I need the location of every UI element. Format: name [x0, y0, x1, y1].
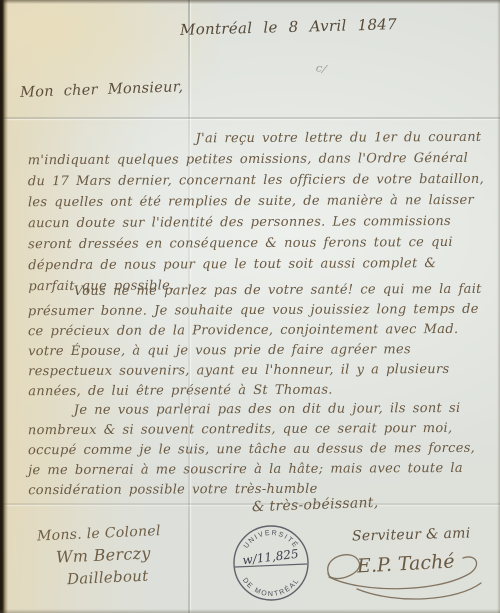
- fold-line-horizontal-lower: [0, 503, 500, 505]
- scan-edge-bottom: [0, 609, 500, 613]
- library-stamp-icon: UNIVERSITÉ DE MONTRÉAL w/11,825: [229, 521, 313, 605]
- signature-name: E.P. Taché: [356, 550, 455, 577]
- valediction-obeissant: & très-obéissant,: [252, 495, 379, 515]
- dateline: Montréal le 8 Avril 1847: [180, 15, 397, 39]
- paragraph-1: J'ai reçu votre lettre du 1er du courant…: [28, 127, 489, 297]
- fold-line-horizontal-upper: [0, 117, 500, 119]
- valediction-serviteur: Serviteur & ami: [352, 525, 471, 544]
- addressee-place: Daillebout: [27, 564, 164, 592]
- scan-edge-left: [0, 0, 8, 613]
- signature-block: E.P. Taché: [315, 545, 495, 603]
- letter-scan: Montréal le 8 Avril 1847 c/ Mon cher Mon…: [0, 0, 500, 613]
- pencil-annotation: c/: [315, 61, 328, 76]
- signature-flourish-icon: [315, 545, 495, 603]
- stamp-bottom-text: DE MONTRÉAL: [241, 577, 301, 598]
- addressee-block: Mons. le Colonel Wm Berczy Daillebout: [25, 520, 163, 592]
- scan-edge-top: [0, 0, 500, 4]
- paragraph-2: Vous ne me parlez pas de votre santé! ce…: [28, 280, 489, 402]
- salutation: Mon cher Monsieur,: [20, 79, 184, 101]
- paragraph-3: Je ne vous parlerai pas des on dit du jo…: [28, 399, 489, 501]
